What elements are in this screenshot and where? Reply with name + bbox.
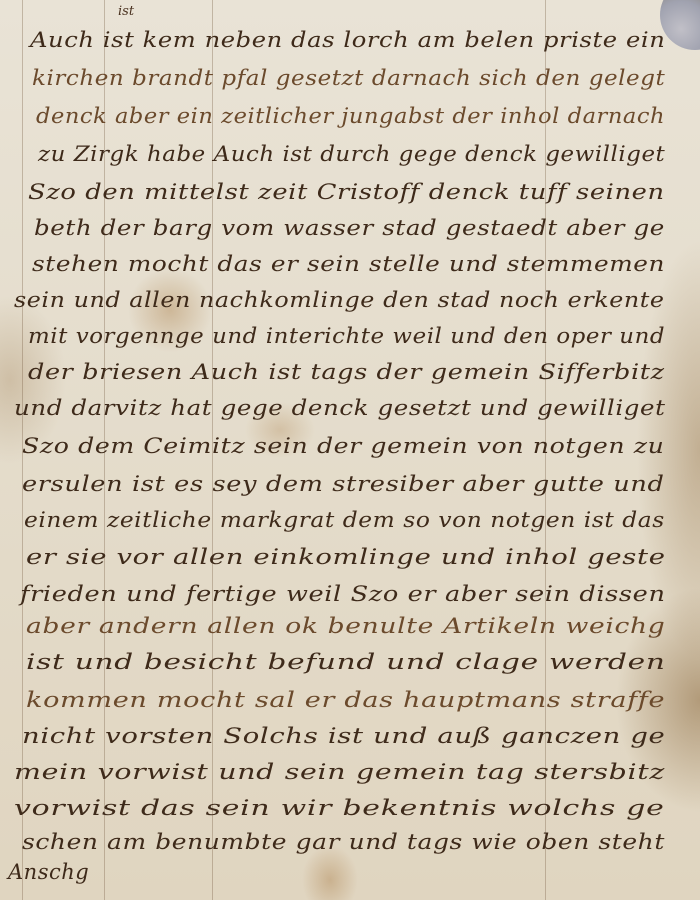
manuscript-line-4: zu Zirgk habe Auch ist durch gege denck … bbox=[38, 142, 665, 166]
manuscript-line-13: ersulen ist es sey dem stresiber aber gu… bbox=[22, 472, 665, 496]
manuscript-line-14: einem zeitliche markgrat dem so von notg… bbox=[24, 508, 665, 532]
manuscript-line-9: mit vorgennge und interichte weil und de… bbox=[28, 324, 665, 348]
manuscript-line-20: nicht vorsten Solchs ist und auß ganczen… bbox=[22, 724, 665, 748]
manuscript-line-5: Szo den mittelst zeit Cristoff denck tuf… bbox=[28, 180, 665, 204]
manuscript-line-22: vorwist das sein wir bekentnis wolchs ge bbox=[14, 796, 665, 820]
manuscript-line-7: stehen mocht das er sein stelle und stem… bbox=[32, 252, 665, 276]
manuscript-line-18: ist und besicht befund und clage werden bbox=[26, 650, 666, 674]
manuscript-line-21: mein vorwist und sein gemein tag stersbi… bbox=[14, 760, 665, 784]
manuscript-line-8: sein und allen nachkomlinge den stad noc… bbox=[14, 288, 665, 312]
manuscript-line-12: Szo dem Ceimitz sein der gemein von notg… bbox=[22, 434, 664, 458]
manuscript-line-2: kirchen brandt pfal gesetzt darnach sich… bbox=[32, 66, 665, 90]
manuscript-line-15: er sie vor allen einkomlinge und inhol g… bbox=[26, 545, 666, 569]
manuscript-line-19: kommen mocht sal er das hauptmans straff… bbox=[26, 688, 665, 712]
manuscript-line-10: der briesen Auch ist tags der gemein Sif… bbox=[28, 360, 665, 384]
manuscript-line-16: frieden und fertige weil Szo er aber sei… bbox=[20, 582, 666, 606]
interlinear-insertion: ist bbox=[118, 4, 134, 19]
manuscript-line-23: schen am benumbte gar und tags wie oben … bbox=[22, 830, 665, 854]
page-corner-curl bbox=[660, 0, 700, 50]
manuscript-line-3: denck aber ein zeitlicher jungabst der i… bbox=[36, 104, 665, 128]
manuscript-line-6: beth der barg vom wasser stad gestaedt a… bbox=[34, 216, 665, 240]
manuscript-line-1: Auch ist kem neben das lorch am belen pr… bbox=[30, 28, 665, 52]
manuscript-line-11: und darvitz hat gege denck gesetzt und g… bbox=[14, 396, 666, 420]
manuscript-line-17: aber andern allen ok benulte Artikeln we… bbox=[26, 614, 665, 638]
manuscript-line-24: Anschg bbox=[8, 860, 89, 884]
manuscript-page: ist Auch ist kem neben das lorch am bele… bbox=[0, 0, 700, 900]
